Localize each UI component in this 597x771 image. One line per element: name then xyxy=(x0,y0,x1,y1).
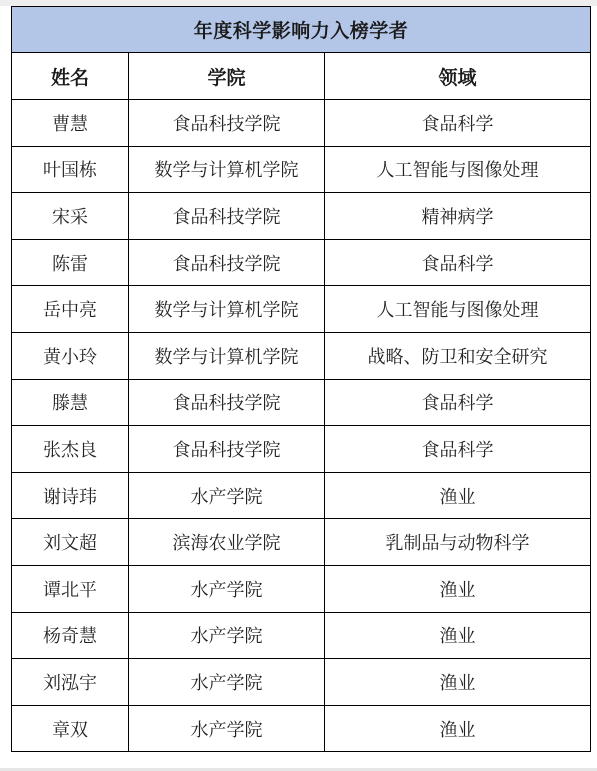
cell-college: 水产学院 xyxy=(129,472,325,519)
cell-field: 食品科学 xyxy=(325,239,591,286)
cell-college: 水产学院 xyxy=(129,705,325,752)
cell-name: 刘泓宇 xyxy=(12,659,129,706)
table-row: 刘文超 滨海农业学院 乳制品与动物科学 xyxy=(12,519,591,566)
cell-field: 渔业 xyxy=(325,472,591,519)
table-row: 章双 水产学院 渔业 xyxy=(12,705,591,752)
table-row: 杨奇慧 水产学院 渔业 xyxy=(12,612,591,659)
cell-name: 杨奇慧 xyxy=(12,612,129,659)
cell-field: 人工智能与图像处理 xyxy=(325,146,591,193)
cell-name: 岳中亮 xyxy=(12,286,129,333)
cell-name: 曹慧 xyxy=(12,100,129,147)
table-row: 张杰良 食品科技学院 食品科学 xyxy=(12,426,591,473)
table-row: 叶国栋 数学与计算机学院 人工智能与图像处理 xyxy=(12,146,591,193)
cell-field: 乳制品与动物科学 xyxy=(325,519,591,566)
cell-college: 水产学院 xyxy=(129,565,325,612)
cell-field: 食品科学 xyxy=(325,379,591,426)
column-header-field: 领域 xyxy=(325,53,591,100)
cell-college: 食品科技学院 xyxy=(129,239,325,286)
table-row: 陈雷 食品科技学院 食品科学 xyxy=(12,239,591,286)
cell-college: 食品科技学院 xyxy=(129,193,325,240)
cell-name: 张杰良 xyxy=(12,426,129,473)
cell-name: 章双 xyxy=(12,705,129,752)
table-row: 宋采 食品科技学院 精神病学 xyxy=(12,193,591,240)
header-row: 姓名 学院 领域 xyxy=(12,53,591,100)
table-row: 岳中亮 数学与计算机学院 人工智能与图像处理 xyxy=(12,286,591,333)
cell-field: 精神病学 xyxy=(325,193,591,240)
cell-name: 宋采 xyxy=(12,193,129,240)
cell-college: 食品科技学院 xyxy=(129,426,325,473)
cell-college: 水产学院 xyxy=(129,612,325,659)
cell-name: 谭北平 xyxy=(12,565,129,612)
cell-name: 陈雷 xyxy=(12,239,129,286)
title-row: 年度科学影响力入榜学者 xyxy=(12,7,591,53)
cell-name: 黄小玲 xyxy=(12,332,129,379)
cell-field: 战略、防卫和安全研究 xyxy=(325,332,591,379)
table-row: 曹慧 食品科技学院 食品科学 xyxy=(12,100,591,147)
cell-name: 刘文超 xyxy=(12,519,129,566)
column-header-college: 学院 xyxy=(129,53,325,100)
table-row: 刘泓宇 水产学院 渔业 xyxy=(12,659,591,706)
cell-field: 渔业 xyxy=(325,565,591,612)
table-row: 黄小玲 数学与计算机学院 战略、防卫和安全研究 xyxy=(12,332,591,379)
cell-college: 数学与计算机学院 xyxy=(129,332,325,379)
cell-field: 渔业 xyxy=(325,612,591,659)
cell-field: 食品科学 xyxy=(325,100,591,147)
cell-college: 滨海农业学院 xyxy=(129,519,325,566)
cell-college: 食品科技学院 xyxy=(129,100,325,147)
cell-field: 渔业 xyxy=(325,659,591,706)
cell-name: 滕慧 xyxy=(12,379,129,426)
cell-college: 数学与计算机学院 xyxy=(129,286,325,333)
table-title: 年度科学影响力入榜学者 xyxy=(12,7,591,53)
table-row: 滕慧 食品科技学院 食品科学 xyxy=(12,379,591,426)
cell-name: 谢诗玮 xyxy=(12,472,129,519)
cell-college: 水产学院 xyxy=(129,659,325,706)
cell-field: 人工智能与图像处理 xyxy=(325,286,591,333)
column-header-name: 姓名 xyxy=(12,53,129,100)
cell-name: 叶国栋 xyxy=(12,146,129,193)
cell-college: 数学与计算机学院 xyxy=(129,146,325,193)
cell-field: 食品科学 xyxy=(325,426,591,473)
scholars-table: 年度科学影响力入榜学者 姓名 学院 领域 曹慧 食品科技学院 食品科学 叶国栋 … xyxy=(11,6,591,752)
table-row: 谭北平 水产学院 渔业 xyxy=(12,565,591,612)
table-row: 谢诗玮 水产学院 渔业 xyxy=(12,472,591,519)
cell-field: 渔业 xyxy=(325,705,591,752)
cell-college: 食品科技学院 xyxy=(129,379,325,426)
